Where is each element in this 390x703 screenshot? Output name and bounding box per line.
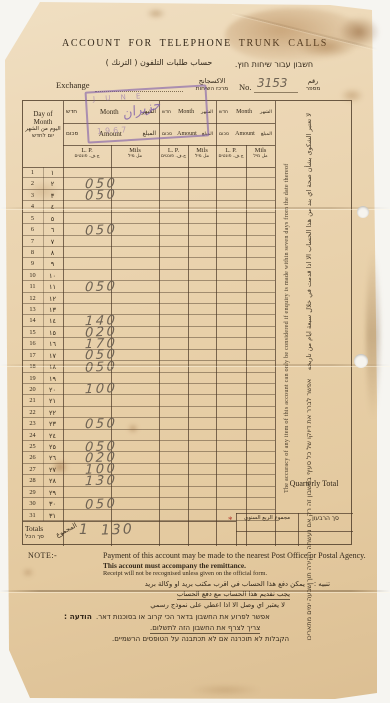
- day-number-western: 26: [23, 454, 42, 462]
- day-number-eastern: ١٨: [43, 363, 62, 371]
- mils-header: Mils مل מיל: [111, 147, 159, 167]
- form-title-hebrew: חשבון עבור שיחות חוץ.: [230, 60, 318, 69]
- day-header-arabic: اليوم من الشهر: [23, 126, 63, 133]
- day-number-eastern: ١٥: [43, 329, 62, 337]
- stamp-year: 1967: [97, 125, 130, 136]
- day-number-eastern: ٢٣: [43, 420, 62, 428]
- form-title: ACCOUNT FOR TELEPHONE TRUNK CALLS: [0, 38, 390, 49]
- number-label-hebrew: מספר: [299, 86, 327, 92]
- lp-label: L. P.: [159, 147, 188, 154]
- note-hebrew-line2: צריך לצרף את החשבון הזה לתשלום.: [150, 624, 260, 634]
- note-arabic-line3: لا يعتبر اي وصل الا اذا اعطي على نموذج ر…: [150, 601, 285, 609]
- mils-header: Mils مل מיל: [188, 147, 216, 167]
- day-number-western: 11: [23, 283, 42, 291]
- totals-row: Totals סך הכל المجموع 1 130: [23, 521, 275, 546]
- day-of-month-header: Day of Month اليوم من الشهر יום לחדש: [23, 101, 63, 167]
- day-number-western: 3: [23, 192, 42, 200]
- trunk-calls-table: Day of Month اليوم من الشهر יום לחדש חדש…: [22, 100, 352, 545]
- day-number-western: 29: [23, 489, 42, 497]
- day-number-eastern: ٣١: [43, 512, 62, 520]
- table-row: 9 ٩: [23, 258, 275, 269]
- day-number-eastern: ٢٨: [43, 477, 62, 485]
- day-number-western: 12: [23, 295, 42, 303]
- day-number-western: 31: [23, 512, 42, 520]
- month-hebrew: חדש: [66, 109, 77, 115]
- day-number-western: 14: [23, 317, 42, 325]
- day-number-eastern: ٢٧: [43, 466, 62, 474]
- day-number-eastern: ٨: [43, 249, 62, 257]
- side-note-arabic-hebrew: لا تعتبر الشكوى بشأن صحة اي بند من هذا ا…: [305, 113, 313, 493]
- number-label: No.: [239, 82, 252, 92]
- note-hebrew-line1: אפשר לפרוע את החשבון בדאר הכי קרוב או בס…: [96, 613, 270, 621]
- day-number-western: 4: [23, 203, 42, 211]
- exchange-label-arabic: الاكسجانج: [185, 77, 239, 85]
- account-number-handwritten: 3153: [257, 76, 288, 90]
- day-number-eastern: ٢٤: [43, 432, 62, 440]
- day-header-hebrew: יום לחדש: [23, 133, 63, 140]
- amount-english: Amount: [235, 131, 255, 137]
- day-number-eastern: ١٦: [43, 340, 62, 348]
- note-hebrew-line3: הקבלות לא תוכרנה אם לא תכתבנה על הטופסים…: [112, 635, 289, 643]
- lp-sublabel: ج.ف. פונטים: [159, 154, 188, 160]
- day-number-eastern: ٥: [43, 215, 62, 223]
- mils-label: Mils: [188, 147, 216, 154]
- day-number-eastern: ١٢: [43, 295, 62, 303]
- table-row: 18 ١٨ 050: [23, 361, 275, 372]
- scanned-form: ACCOUNT FOR TELEPHONE TRUNK CALLS حساب ط…: [0, 0, 390, 703]
- totals-lp-handwritten: 1: [79, 522, 88, 538]
- punch-hole: [354, 354, 368, 368]
- number-label-arabic: رقم: [299, 77, 327, 85]
- day-number-eastern: ١٤: [43, 317, 62, 325]
- day-number-eastern: ٢: [43, 180, 62, 188]
- day-number-western: 16: [23, 340, 42, 348]
- date-stamp: J U N E حزيران 1967: [85, 84, 210, 143]
- day-number-eastern: ٩: [43, 260, 62, 268]
- day-number-western: 9: [23, 260, 42, 268]
- day-number-western: 2: [23, 180, 42, 188]
- mils-header: Mils مل מיל: [246, 147, 275, 167]
- side-note-english: The accuracy of any item of this account…: [283, 113, 290, 493]
- lp-header: L. P. ج.ف. פונטים: [216, 147, 246, 167]
- lp-label: L. P.: [216, 147, 246, 154]
- table-row: 6 ٦ 050: [23, 224, 275, 235]
- note-arabic-line2: يجب تقديم هذا الحساب مع دفع الحساب: [177, 590, 290, 600]
- day-number-western: 19: [23, 375, 42, 383]
- day-number-western: 28: [23, 477, 42, 485]
- exchange-label: Exchange: [56, 80, 90, 90]
- day-number-eastern: ٢٩: [43, 489, 62, 497]
- day-number-eastern: ١١: [43, 283, 62, 291]
- note-line3: Receipt will not be recognised unless gi…: [103, 570, 267, 577]
- month-group-3-header: חדש Month الشهر סכום Amount المبلغ L. P.…: [216, 101, 275, 167]
- punch-hole: [357, 206, 369, 218]
- day-number-eastern: ٦: [43, 226, 62, 234]
- note-hebrew-label: הודעה :: [64, 612, 92, 621]
- day-number-eastern: ٢٦: [43, 454, 62, 462]
- day-number-western: 17: [23, 352, 42, 360]
- amount-hebrew: סכום: [219, 132, 229, 137]
- day-number-eastern: ١٧: [43, 352, 62, 360]
- note-arabic-line1: تنبيه :— يمكن دفع هذا الحساب في اقرب مكت…: [145, 580, 330, 588]
- day-number-eastern: ٢٢: [43, 409, 62, 417]
- day-number-western: 10: [23, 272, 42, 280]
- month-row: חדש Month الشهر: [216, 105, 275, 119]
- day-number-western: 13: [23, 306, 42, 314]
- day-number-western: 6: [23, 226, 42, 234]
- stamp-month-english: J U N E: [93, 92, 145, 103]
- day-number-western: 15: [23, 329, 42, 337]
- day-number-eastern: ٤: [43, 203, 62, 211]
- day-number-western: 18: [23, 363, 42, 371]
- mils-label: Mils: [246, 147, 275, 154]
- day-number-eastern: ٢١: [43, 397, 62, 405]
- day-number-eastern: ١٣: [43, 306, 62, 314]
- totals-mils-handwritten: 130: [101, 521, 134, 538]
- day-header-en-line1: Day of: [23, 110, 63, 118]
- day-number-western: 1: [23, 169, 42, 177]
- mils-sublabel: مل מיל: [111, 154, 159, 160]
- day-number-western: 22: [23, 409, 42, 417]
- day-number-eastern: ٢٠: [43, 386, 62, 394]
- table-row: 4 ٤: [23, 201, 275, 212]
- totals-label: Totals: [25, 524, 43, 533]
- table-row: 7 ٧: [23, 236, 275, 247]
- table-row: 11 ١١ 050: [23, 281, 275, 292]
- red-asterisk: *: [228, 515, 233, 525]
- day-number-eastern: ١٩: [43, 375, 62, 383]
- note-label: NOTE:-: [28, 551, 57, 560]
- mils-sublabel: مل מיל: [188, 154, 216, 160]
- day-number-western: 27: [23, 466, 42, 474]
- side-note-arabic: لا تعتبر الشكوى بشأن صحة اي بند من هذا ا…: [305, 113, 313, 370]
- form-title-arabic: حساب طلبات التلفون ( الترنك ): [95, 58, 223, 67]
- day-number-western: 5: [23, 215, 42, 223]
- day-number-western: 25: [23, 443, 42, 451]
- table-row: 28 ٢٨ 130: [23, 475, 275, 486]
- month-hebrew: חדש: [219, 110, 228, 115]
- day-number-western: 20: [23, 386, 42, 394]
- day-number-eastern: ١٠: [43, 272, 62, 280]
- totals-label-hebrew: סך הכל: [25, 534, 44, 540]
- note-line1: Payment of this account may be made to t…: [103, 551, 366, 560]
- note-line2: This account must accompany the remittan…: [103, 561, 246, 570]
- lp-sublabel: ج.ف. פונטים: [216, 154, 246, 160]
- table-row: 20 ٢٠ 100: [23, 384, 275, 395]
- table-row: 8 ٨: [23, 247, 275, 258]
- day-number-western: 7: [23, 238, 42, 246]
- day-number-eastern: ٧: [43, 238, 62, 246]
- table-row: 23 ٢٣ 050: [23, 418, 275, 429]
- lp-header: L. P. ج.ف. פונטים: [63, 147, 111, 167]
- table-row: 30 ٣٠ 050: [23, 498, 275, 509]
- totals-label-arabic: المجموع: [54, 521, 78, 539]
- day-number-eastern: ٣: [43, 192, 62, 200]
- day-number-eastern: ٢٥: [43, 443, 62, 451]
- day-number-eastern: ١: [43, 169, 62, 177]
- day-number-eastern: ٣٠: [43, 500, 62, 508]
- table-row: 12 ١٢: [23, 293, 275, 304]
- side-note-hebrew: אפשר לברר את דיוקו של כל סעיף בחשבון זה …: [305, 379, 313, 641]
- table-row: 21 ٢١: [23, 395, 275, 406]
- table-row: 3 ٣ 050: [23, 190, 275, 201]
- amount-row: סכום Amount المبلغ: [216, 127, 275, 141]
- lp-label: L. P.: [63, 147, 111, 154]
- number-fill-line: [254, 92, 298, 93]
- day-header-en-line2: Month: [23, 118, 63, 126]
- day-number-western: 23: [23, 420, 42, 428]
- amount-arabic: المبلغ: [261, 132, 272, 137]
- month-english: Month: [236, 109, 252, 115]
- day-number-western: 8: [23, 249, 42, 257]
- quarterly-total-arabic: مجموع الربع السنوي: [237, 515, 297, 521]
- lp-sublabel: ج.ف. פונטים: [63, 154, 111, 160]
- amount-hebrew: סכום: [66, 131, 78, 137]
- mils-label: Mils: [111, 147, 159, 154]
- month-arabic: الشهر: [260, 110, 272, 115]
- day-number-western: 21: [23, 397, 42, 405]
- lp-header: L. P. ج.ف. פונטים: [159, 147, 188, 167]
- day-number-western: 30: [23, 500, 42, 508]
- day-number-western: 24: [23, 432, 42, 440]
- mils-sublabel: مل מיל: [246, 154, 275, 160]
